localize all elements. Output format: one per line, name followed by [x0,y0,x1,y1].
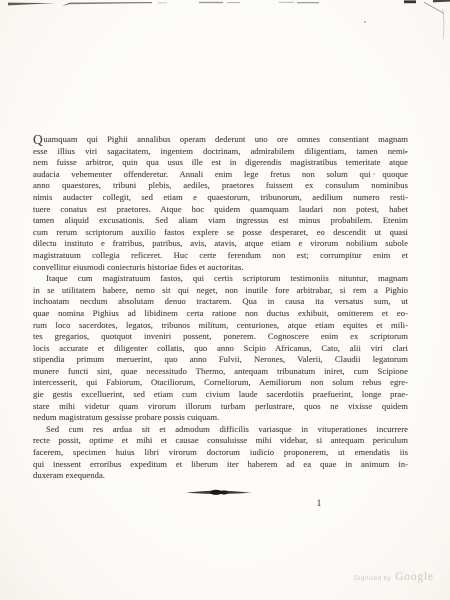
text-line: magistratuum collegia reficeret. Huc cer… [33,250,408,262]
text-line: qui inessent erroribus expeditum et libe… [33,459,408,471]
text-line: Itaque cum magistratuum fastos, qui cert… [33,273,408,285]
text-line: stare mihi videtur quam virorum illorum … [33,401,408,413]
page-number: 1 [313,499,325,509]
text-line: in se utilitatem habere, nemo sit qui ne… [33,285,408,297]
google-logo: Google [395,571,434,583]
watermark-prefix: Digitized by [354,575,391,582]
text-line: tuere conatus est praetores. Atque hoc q… [33,204,408,216]
text-line: esse illius viri sagacitatem, ingentem d… [33,146,408,158]
text-line: tamen aliquid excusationis. Sed aliam vi… [33,215,408,227]
text-line: anno quaestores, tribuni plebis, aediles… [33,180,408,192]
text-line: stipendia primum meruerint, quo anno Ful… [33,354,408,366]
text-line: Quamquam qui Pighii annalibus operam ded… [33,134,408,146]
scan-speck [364,21,366,23]
text-line: inchoatam necdum absolutam denuo tractar… [33,296,408,308]
text-line: audacia vehementer offenderetur. Annali … [33,169,408,181]
text-line: gie gestis excelluerint, sed etiam cum c… [33,389,408,401]
drop-cap-initial: Q [33,134,43,146]
text-line: nimis audacter collegit, sed etiam e qua… [33,192,408,204]
text-line: facerem, specimen huius libri virorum do… [33,447,408,459]
text-line: intercesserit, qui Fabiorum, Otaciliorum… [33,377,408,389]
text-line: nem fuisse arbitror, quin qua usus ille … [33,157,408,169]
text-line: convellitur eiusmodi coniecturis histori… [33,262,408,274]
text-line: dilectu instituto e fratribus, patribus,… [33,238,408,250]
text-line: Sed cum res ardua sit et admodum diffici… [33,424,408,436]
scan-artifact-page-corner [0,0,450,50]
text-line: nedum magistratum gessisse probare possi… [33,412,408,424]
text-line: rum loco sacerdotes, legatos, tribunos m… [33,320,408,332]
text-line: quae nomina Pighius ad libidinem certa r… [33,308,408,320]
text-line: duxeram exequenda. [33,470,408,482]
text-line: munere functi sint, quae necessitudo The… [33,366,408,378]
section-divider-ornament [186,483,252,501]
text-line: locis accurate et diligenter collatis, q… [33,343,408,355]
body-text: Quamquam qui Pighii annalibus operam ded… [33,134,408,482]
text-line: recte possit, optime et mihi et causae c… [33,435,408,447]
scanned-page: Quamquam qui Pighii annalibus operam ded… [0,0,450,600]
text-line: cum rerum scriptorum auxilio fastos expl… [33,227,408,239]
google-watermark: Digitized by Google [354,571,434,583]
text-line: tes gregarios, quotquot inveniri possent… [33,331,408,343]
